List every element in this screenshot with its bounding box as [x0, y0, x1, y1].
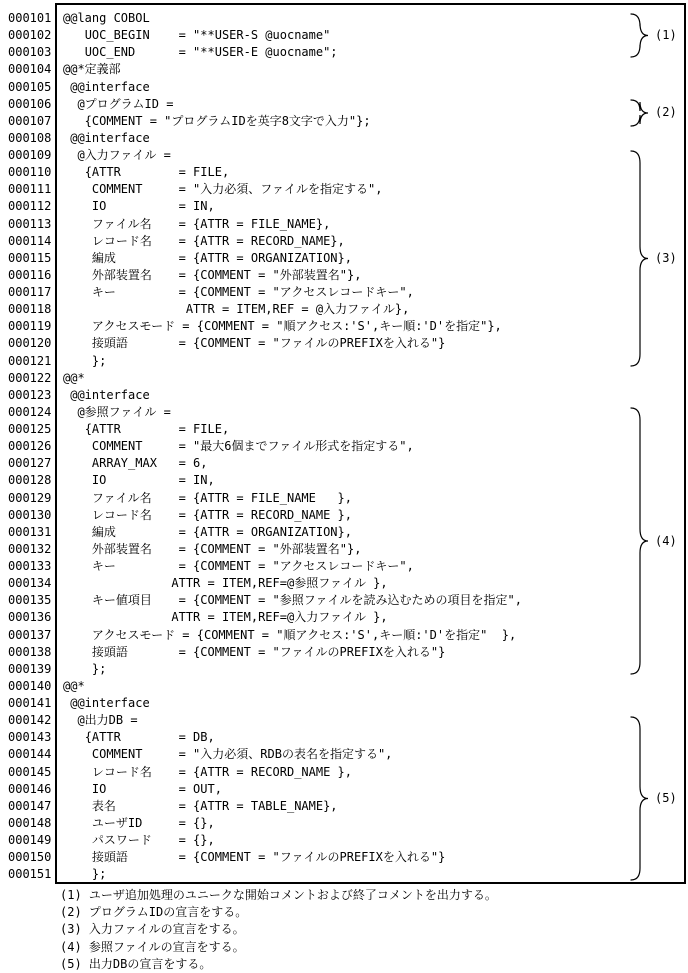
code-key: COMMENT — [92, 181, 179, 198]
line-number: 000111 — [8, 181, 55, 198]
code-line: 000126 COMMENT = "最大6個までファイル形式を指定する", — [8, 438, 522, 455]
footnote: (1) ユーザ追加処理のユニークな開始コメントおよび終了コメントを出力する。 — [60, 887, 497, 904]
code-line: 000151 }; — [8, 866, 522, 883]
code-key: 接頭語 — [92, 644, 179, 661]
code-line: 000132 外部装置名 = {COMMENT = "外部装置名"}, — [8, 541, 522, 558]
line-number: 000131 — [8, 524, 55, 541]
code-line: 000101@@lang COBOL — [8, 10, 522, 27]
code-line: 000136 ATTR = ITEM,REF=@入力ファイル }, — [8, 609, 522, 626]
code-line: 000103 UOC_END = "**USER-E @uocname"; — [8, 44, 522, 61]
code-line: 000133 キー = {COMMENT = "アクセスレコードキー", — [8, 558, 522, 575]
code-line: 000125 {ATTR = FILE, — [8, 421, 522, 438]
code-key: アクセスモード — [92, 627, 182, 644]
footnote-marker: (1) — [60, 888, 89, 902]
code-text: 外部装置名 = {COMMENT = "外部装置名"}, — [63, 542, 361, 556]
code-text: IO = IN, — [63, 199, 215, 213]
line-number: 000117 — [8, 284, 55, 301]
code-line: 000144 COMMENT = "入力必須、RDBの表名を指定する", — [8, 746, 522, 763]
code-line: 000108 @@interface — [8, 130, 522, 147]
line-number: 000104 — [8, 61, 55, 78]
code-line: 000119 アクセスモード = {COMMENT = "順アクセス:'S',キ… — [8, 318, 522, 335]
code-text: パスワード = {}, — [63, 833, 215, 847]
line-number: 000114 — [8, 233, 55, 250]
line-number: 000141 — [8, 695, 55, 712]
footnote-marker: (3) — [60, 922, 89, 936]
line-number: 000129 — [8, 490, 55, 507]
code-line: 000137 アクセスモード = {COMMENT = "順アクセス:'S',キ… — [8, 627, 522, 644]
code-text: ATTR = ITEM,REF=@入力ファイル }, — [63, 610, 388, 624]
code-line: 000110 {ATTR = FILE, — [8, 164, 522, 181]
footnote-text: 参照ファイルの宣言をする。 — [89, 940, 245, 954]
footnote-marker: (5) — [60, 957, 89, 971]
code-text: COMMENT = "最大6個までファイル形式を指定する", — [63, 439, 414, 453]
line-number: 000125 — [8, 421, 55, 438]
code-line: 000109 @入力ファイル = — [8, 147, 522, 164]
code-line: 000138 接頭語 = {COMMENT = "ファイルのPREFIXを入れる… — [8, 644, 522, 661]
line-number: 000132 — [8, 541, 55, 558]
code-text: @@interface — [63, 131, 150, 145]
line-number: 000122 — [8, 370, 55, 387]
footnote-marker: (2) — [60, 905, 89, 919]
code-key: COMMENT — [92, 438, 179, 455]
code-text: 接頭語 = {COMMENT = "ファイルのPREFIXを入れる"} — [63, 645, 445, 659]
code-text: {COMMENT = "プログラムIDを英字8文字で入力"}; — [63, 114, 371, 128]
code-text: @@interface — [63, 388, 150, 402]
code-text: 編成 = {ATTR = ORGANIZATION}, — [63, 251, 352, 265]
brace-label: (4) — [655, 533, 688, 550]
code-line: 000147 表名 = {ATTR = TABLE_NAME}, — [8, 798, 522, 815]
code-text: 編成 = {ATTR = ORGANIZATION}, — [63, 525, 352, 539]
code-line: 000149 パスワード = {}, — [8, 832, 522, 849]
brace-label: (1) — [655, 27, 688, 44]
code-key: ファイル名 — [92, 490, 179, 507]
code-line: 000139 }; — [8, 661, 522, 678]
code-text: キー値項目 = {COMMENT = "参照ファイルを読み込むための項目を指定"… — [63, 593, 522, 607]
code-line: 000112 IO = IN, — [8, 198, 522, 215]
code-key: 外部装置名 — [92, 541, 179, 558]
line-number: 000118 — [8, 301, 55, 318]
code-text: @@*定義部 — [63, 62, 121, 76]
code-text: レコード名 = {ATTR = RECORD_NAME}, — [63, 234, 345, 248]
code-line: 000150 接頭語 = {COMMENT = "ファイルのPREFIXを入れる… — [8, 849, 522, 866]
brace-label: (2) — [655, 104, 688, 121]
line-number: 000133 — [8, 558, 55, 575]
line-number: 000107 — [8, 113, 55, 130]
line-number: 000144 — [8, 746, 55, 763]
line-number: 000106 — [8, 96, 55, 113]
code-line: 000122@@* — [8, 370, 522, 387]
code-key: レコード名 — [92, 507, 179, 524]
line-number: 000105 — [8, 79, 55, 96]
code-text: @出力DB = — [63, 713, 138, 727]
code-line: 000123 @@interface — [8, 387, 522, 404]
code-text: 接頭語 = {COMMENT = "ファイルのPREFIXを入れる"} — [63, 850, 445, 864]
code-text: UOC_BEGIN = "**USER-S @uocname" — [63, 28, 330, 42]
line-number: 000126 — [8, 438, 55, 455]
code-key: 接頭語 — [92, 335, 179, 352]
code-line: 000124 @参照ファイル = — [8, 404, 522, 421]
code-text: ATTR = ITEM,REF=@参照ファイル }, — [63, 576, 388, 590]
code-text: {ATTR = FILE, — [63, 422, 229, 436]
line-number: 000115 — [8, 250, 55, 267]
code-key: 編成 — [92, 250, 179, 267]
code-text: IO = OUT, — [63, 782, 222, 796]
code-line: 000129 ファイル名 = {ATTR = FILE_NAME }, — [8, 490, 522, 507]
code-line: 000145 レコード名 = {ATTR = RECORD_NAME }, — [8, 764, 522, 781]
line-number: 000119 — [8, 318, 55, 335]
code-line: 000141 @@interface — [8, 695, 522, 712]
code-line: 000121 }; — [8, 353, 522, 370]
code-text: アクセスモード = {COMMENT = "順アクセス:'S',キー順:'D'を… — [63, 628, 516, 642]
line-number: 000116 — [8, 267, 55, 284]
code-text: ファイル名 = {ATTR = FILE_NAME}, — [63, 217, 330, 231]
line-number: 000128 — [8, 472, 55, 489]
code-key: レコード名 — [92, 233, 179, 250]
code-text: 表名 = {ATTR = TABLE_NAME}, — [63, 799, 338, 813]
group-brace-icon — [630, 715, 650, 882]
code-text: ARRAY_MAX = 6, — [63, 456, 208, 470]
code-line: 000116 外部装置名 = {COMMENT = "外部装置名"}, — [8, 267, 522, 284]
code-text: @@interface — [63, 696, 150, 710]
footnote-text: ユーザ追加処理のユニークな開始コメントおよび終了コメントを出力する。 — [89, 888, 497, 902]
code-text: 接頭語 = {COMMENT = "ファイルのPREFIXを入れる"} — [63, 336, 445, 350]
code-text: IO = IN, — [63, 473, 215, 487]
line-number: 000136 — [8, 609, 55, 626]
code-line: 000127 ARRAY_MAX = 6, — [8, 455, 522, 472]
code-text: @@* — [63, 371, 85, 385]
code-line: 000115 編成 = {ATTR = ORGANIZATION}, — [8, 250, 522, 267]
line-number: 000127 — [8, 455, 55, 472]
code-text: {ATTR = FILE, — [63, 165, 229, 179]
line-number: 000135 — [8, 592, 55, 609]
code-text: 外部装置名 = {COMMENT = "外部装置名"}, — [63, 268, 361, 282]
footnote-marker: (4) — [60, 940, 89, 954]
code-text: @@* — [63, 679, 85, 693]
code-text: UOC_END = "**USER-E @uocname"; — [63, 45, 338, 59]
line-number: 000140 — [8, 678, 55, 695]
line-number: 000109 — [8, 147, 55, 164]
code-line: 000118 ATTR = ITEM,REF = @入力ファイル}, — [8, 301, 522, 318]
code-key: {ATTR — [85, 729, 179, 746]
code-key: ファイル名 — [92, 216, 179, 233]
code-key: 接頭語 — [92, 849, 179, 866]
code-key: パスワード — [92, 832, 179, 849]
line-number: 000120 — [8, 335, 55, 352]
code-text: {ATTR = DB, — [63, 730, 215, 744]
brace-label: (5) — [655, 790, 688, 807]
line-number: 000137 — [8, 627, 55, 644]
code-key: アクセスモード — [92, 318, 182, 335]
code-key: キー — [92, 558, 179, 575]
footnote: (2) プログラムIDの宣言をする。 — [60, 904, 497, 921]
code-text: キー = {COMMENT = "アクセスレコードキー", — [63, 559, 414, 573]
line-number: 000113 — [8, 216, 55, 233]
code-key: {ATTR — [85, 164, 179, 181]
code-lines: 000101@@lang COBOL000102 UOC_BEGIN = "**… — [8, 10, 522, 883]
line-number: 000150 — [8, 849, 55, 866]
code-line: 000117 キー = {COMMENT = "アクセスレコードキー", — [8, 284, 522, 301]
code-line: 000131 編成 = {ATTR = ORGANIZATION}, — [8, 524, 522, 541]
code-text: ATTR = ITEM,REF = @入力ファイル}, — [63, 302, 409, 316]
code-line: 000104@@*定義部 — [8, 61, 522, 78]
line-number: 000103 — [8, 44, 55, 61]
line-number: 000101 — [8, 10, 55, 27]
line-number: 000108 — [8, 130, 55, 147]
line-number: 000110 — [8, 164, 55, 181]
footnote: (3) 入力ファイルの宣言をする。 — [60, 921, 497, 938]
code-key: ユーザID — [92, 815, 179, 832]
line-number: 000102 — [8, 27, 55, 44]
code-key: キー値項目 — [92, 592, 179, 609]
code-line: 000134 ATTR = ITEM,REF=@参照ファイル }, — [8, 575, 522, 592]
code-key: COMMENT — [92, 746, 179, 763]
line-number: 000124 — [8, 404, 55, 421]
line-number: 000138 — [8, 644, 55, 661]
code-line: 000135 キー値項目 = {COMMENT = "参照ファイルを読み込むため… — [8, 592, 522, 609]
code-line: 000146 IO = OUT, — [8, 781, 522, 798]
code-line: 000102 UOC_BEGIN = "**USER-S @uocname" — [8, 27, 522, 44]
code-text: COMMENT = "入力必須、ファイルを指定する", — [63, 182, 382, 196]
code-key: IO — [92, 781, 179, 798]
line-number: 000112 — [8, 198, 55, 215]
code-text: }; — [63, 867, 106, 881]
group-brace-icon — [630, 149, 650, 368]
footnote-text: プログラムIDの宣言をする。 — [89, 905, 247, 919]
code-key: キー — [92, 284, 179, 301]
code-key: レコード名 — [92, 764, 179, 781]
code-text: @入力ファイル = — [63, 148, 171, 162]
code-line: 000128 IO = IN, — [8, 472, 522, 489]
footnote: (4) 参照ファイルの宣言をする。 — [60, 939, 497, 956]
code-text: レコード名 = {ATTR = RECORD_NAME }, — [63, 508, 352, 522]
line-number: 000130 — [8, 507, 55, 524]
code-line: 000143 {ATTR = DB, — [8, 729, 522, 746]
line-number: 000149 — [8, 832, 55, 849]
code-key: 表名 — [92, 798, 179, 815]
group-brace-icon — [630, 98, 650, 128]
code-line: 000107 {COMMENT = "プログラムIDを英字8文字で入力"}; — [8, 113, 522, 130]
code-line: 000105 @@interface — [8, 79, 522, 96]
code-key: UOC_BEGIN — [85, 27, 179, 44]
code-key: {ATTR — [85, 421, 179, 438]
code-text: レコード名 = {ATTR = RECORD_NAME }, — [63, 765, 352, 779]
line-number: 000121 — [8, 353, 55, 370]
footnotes: (1) ユーザ追加処理のユニークな開始コメントおよび終了コメントを出力する。(2… — [60, 887, 497, 973]
code-key: IO — [92, 472, 179, 489]
line-number: 000143 — [8, 729, 55, 746]
code-text: ファイル名 = {ATTR = FILE_NAME }, — [63, 491, 352, 505]
code-key: UOC_END — [85, 44, 179, 61]
line-number: 000146 — [8, 781, 55, 798]
code-text: キー = {COMMENT = "アクセスレコードキー", — [63, 285, 414, 299]
code-line: 000140@@* — [8, 678, 522, 695]
code-line: 000130 レコード名 = {ATTR = RECORD_NAME }, — [8, 507, 522, 524]
footnote-text: 出力DBの宣言をする。 — [89, 957, 211, 971]
code-line: 000111 COMMENT = "入力必須、ファイルを指定する", — [8, 181, 522, 198]
code-key: 外部装置名 — [92, 267, 179, 284]
line-number: 000142 — [8, 712, 55, 729]
group-brace-icon — [630, 406, 650, 676]
line-number: 000134 — [8, 575, 55, 592]
brace-label: (3) — [655, 250, 688, 267]
code-text: }; — [63, 662, 106, 676]
line-number: 000147 — [8, 798, 55, 815]
code-text: @@lang COBOL — [63, 11, 150, 25]
code-key: ARRAY_MAX — [92, 455, 179, 472]
code-key: IO — [92, 198, 179, 215]
footnote: (5) 出力DBの宣言をする。 — [60, 956, 497, 973]
code-key: 編成 — [92, 524, 179, 541]
code-line: 000114 レコード名 = {ATTR = RECORD_NAME}, — [8, 233, 522, 250]
code-text: アクセスモード = {COMMENT = "順アクセス:'S',キー順:'D'を… — [63, 319, 502, 333]
line-number: 000148 — [8, 815, 55, 832]
code-listing-page: 000101@@lang COBOL000102 UOC_BEGIN = "**… — [0, 0, 688, 973]
code-text: COMMENT = "入力必須、RDBの表名を指定する", — [63, 747, 392, 761]
line-number: 000151 — [8, 866, 55, 883]
code-line: 000106 @プログラムID = — [8, 96, 522, 113]
line-number: 000139 — [8, 661, 55, 678]
group-brace-icon — [630, 12, 650, 59]
code-text: @プログラムID = — [63, 97, 173, 111]
code-line: 000113 ファイル名 = {ATTR = FILE_NAME}, — [8, 216, 522, 233]
code-text: }; — [63, 354, 106, 368]
code-text: @参照ファイル = — [63, 405, 171, 419]
code-text: ユーザID = {}, — [63, 816, 215, 830]
code-line: 000120 接頭語 = {COMMENT = "ファイルのPREFIXを入れる… — [8, 335, 522, 352]
code-line: 000142 @出力DB = — [8, 712, 522, 729]
code-text: @@interface — [63, 80, 150, 94]
footnote-text: 入力ファイルの宣言をする。 — [89, 922, 245, 936]
line-number: 000145 — [8, 764, 55, 781]
code-line: 000148 ユーザID = {}, — [8, 815, 522, 832]
line-number: 000123 — [8, 387, 55, 404]
